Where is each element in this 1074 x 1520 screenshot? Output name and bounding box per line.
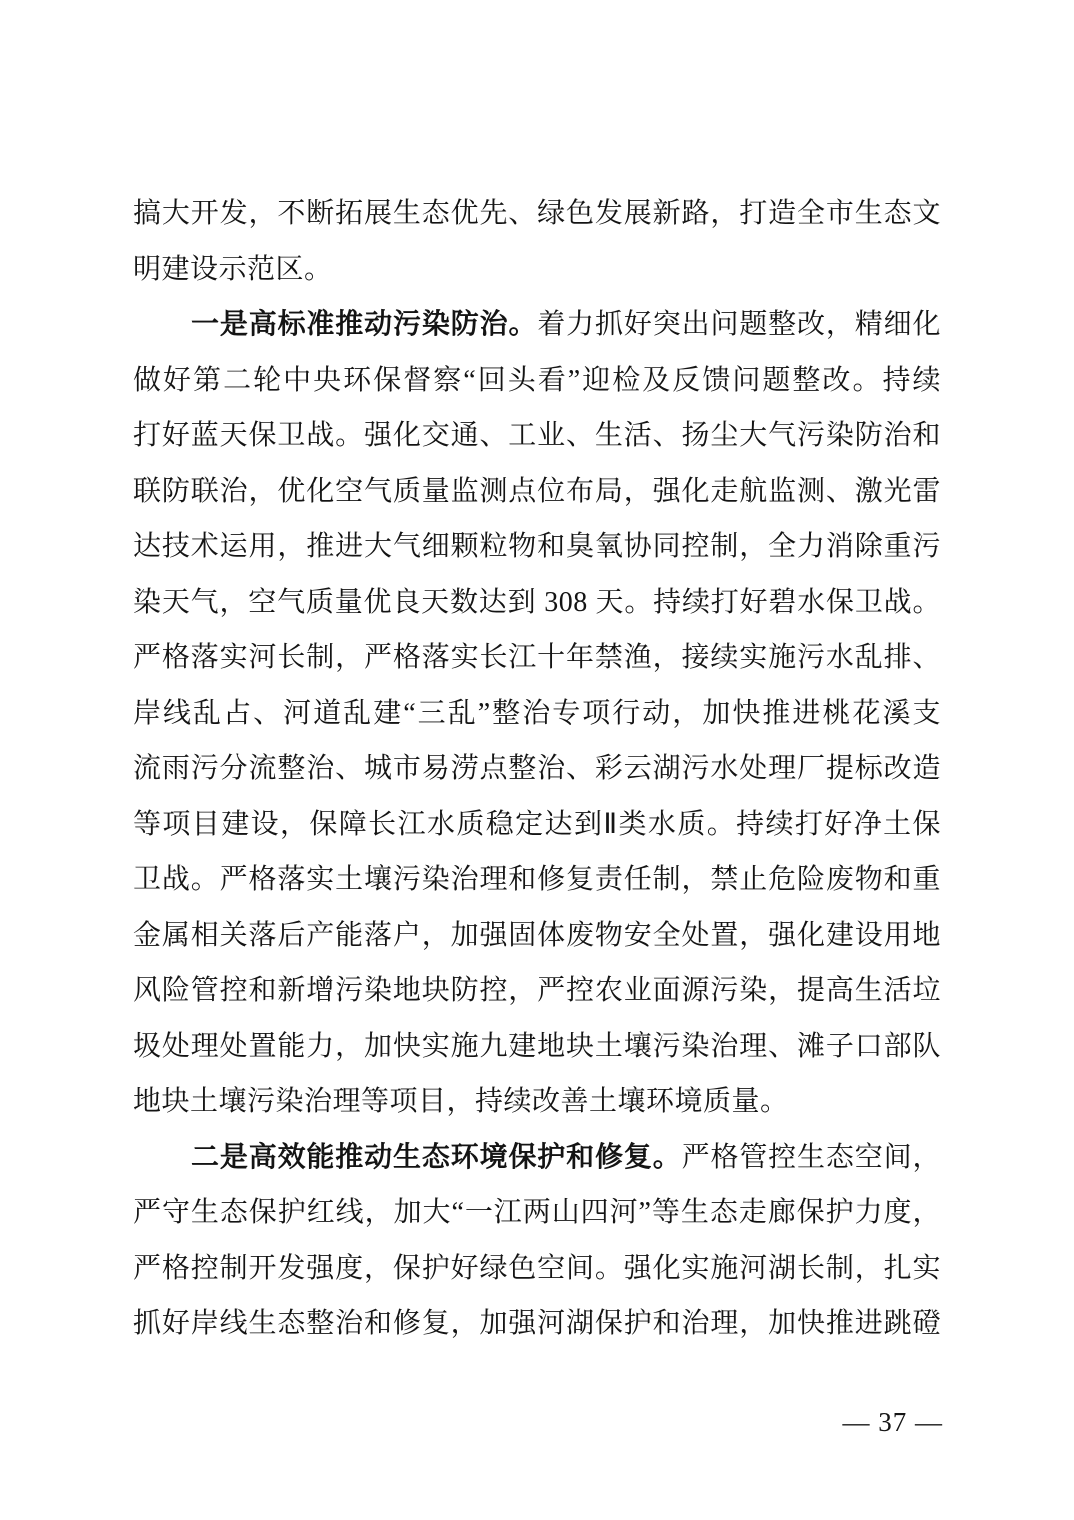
text-line: 卫战。严格落实土壤污染治理和修复责任制，禁止危险废物和重 (133, 852, 941, 908)
text-line: 等项目建设，保障长江水质稳定达到Ⅱ类水质。持续打好净土保 (133, 797, 941, 853)
text-line: 明建设示范区。 (133, 242, 941, 298)
paragraph-text: 着力抓好突出问题整改，精细化 (537, 309, 941, 340)
paragraph-text: 圾处理处置能力，加快实施九建地块土壤污染治理、滩子口部队 (133, 1031, 941, 1062)
paragraph-text: 卫战。严格落实土壤污染治理和修复责任制，禁止危险废物和重 (133, 864, 941, 895)
text-line: 岸线乱占、河道乱建“三乱”整治专项行动，加快推进桃花溪支 (133, 686, 941, 742)
document-page: 搞大开发，不断拓展生态优先、绿色发展新路，打造全市生态文明建设示范区。一是高标准… (0, 0, 1074, 1520)
paragraph-text: 打好蓝天保卫战。强化交通、工业、生活、扬尘大气污染防治和 (133, 420, 941, 451)
paragraph-text: 明建设示范区。 (133, 254, 333, 285)
page-number: — 37 — (843, 1406, 944, 1438)
text-line: 抓好岸线生态整治和修复，加强河湖保护和治理，加快推进跳磴 (133, 1296, 941, 1352)
text-line: 圾处理处置能力，加快实施九建地块土壤污染治理、滩子口部队 (133, 1019, 941, 1075)
paragraph-text: 严格落实河长制，严格落实长江十年禁渔，接续实施污水乱排、 (133, 642, 941, 673)
paragraph-text: 等项目建设，保障长江水质稳定达到Ⅱ类水质。持续打好净土保 (133, 809, 941, 840)
paragraph-text: 严格管控生态空间， (682, 1142, 941, 1173)
text-line: 达技术运用，推进大气细颗粒物和臭氧协同控制，全力消除重污 (133, 519, 941, 575)
document-body: 搞大开发，不断拓展生态优先、绿色发展新路，打造全市生态文明建设示范区。一是高标准… (133, 186, 941, 1352)
paragraph-text: 风险管控和新增污染地块防控，严控农业面源污染，提高生活垃 (133, 975, 941, 1006)
text-line: 严格控制开发强度，保护好绿色空间。强化实施河湖长制，扎实 (133, 1241, 941, 1297)
text-line: 搞大开发，不断拓展生态优先、绿色发展新路，打造全市生态文 (133, 186, 941, 242)
text-line: 一是高标准推动污染防治。着力抓好突出问题整改，精细化 (133, 297, 941, 353)
text-line: 染天气，空气质量优良天数达到 308 天。持续打好碧水保卫战。 (133, 575, 941, 631)
paragraph-lead-bold: 一是高标准推动污染防治。 (191, 309, 537, 340)
paragraph-text: 岸线乱占、河道乱建“三乱”整治专项行动，加快推进桃花溪支 (133, 698, 941, 729)
paragraph-text: 地块土壤污染治理等项目，持续改善土壤环境质量。 (133, 1086, 789, 1117)
text-line: 严守生态保护红线，加大“一江两山四河”等生态走廊保护力度， (133, 1185, 941, 1241)
paragraph-text: 染天气，空气质量优良天数达到 308 天。持续打好碧水保卫战。 (133, 587, 941, 618)
text-line: 地块土壤污染治理等项目，持续改善土壤环境质量。 (133, 1074, 941, 1130)
paragraph-text: 联防联治，优化空气质量监测点位布局，强化走航监测、激光雷 (133, 476, 941, 507)
paragraph-text: 搞大开发，不断拓展生态优先、绿色发展新路，打造全市生态文 (133, 198, 941, 229)
paragraph-text: 金属相关落后产能落户，加强固体废物安全处置，强化建设用地 (133, 920, 941, 951)
paragraph-text: 抓好岸线生态整治和修复，加强河湖保护和治理，加快推进跳磴 (133, 1308, 941, 1339)
text-line: 二是高效能推动生态环境保护和修复。严格管控生态空间， (133, 1130, 941, 1186)
paragraph-text: 做好第二轮中央环保督察“回头看”迎检及反馈问题整改。持续 (133, 365, 941, 396)
paragraph-text: 严格控制开发强度，保护好绿色空间。强化实施河湖长制，扎实 (133, 1253, 941, 1284)
text-line: 严格落实河长制，严格落实长江十年禁渔，接续实施污水乱排、 (133, 630, 941, 686)
paragraph-text: 达技术运用，推进大气细颗粒物和臭氧协同控制，全力消除重污 (133, 531, 941, 562)
paragraph-lead-bold: 二是高效能推动生态环境保护和修复。 (191, 1142, 682, 1173)
text-line: 联防联治，优化空气质量监测点位布局，强化走航监测、激光雷 (133, 464, 941, 520)
text-line: 做好第二轮中央环保督察“回头看”迎检及反馈问题整改。持续 (133, 353, 941, 409)
text-line: 风险管控和新增污染地块防控，严控农业面源污染，提高生活垃 (133, 963, 941, 1019)
text-line: 金属相关落后产能落户，加强固体废物安全处置，强化建设用地 (133, 908, 941, 964)
text-line: 流雨污分流整治、城市易涝点整治、彩云湖污水处理厂提标改造 (133, 741, 941, 797)
paragraph-text: 流雨污分流整治、城市易涝点整治、彩云湖污水处理厂提标改造 (133, 753, 941, 784)
paragraph-text: 严守生态保护红线，加大“一江两山四河”等生态走廊保护力度， (133, 1197, 941, 1228)
text-line: 打好蓝天保卫战。强化交通、工业、生活、扬尘大气污染防治和 (133, 408, 941, 464)
